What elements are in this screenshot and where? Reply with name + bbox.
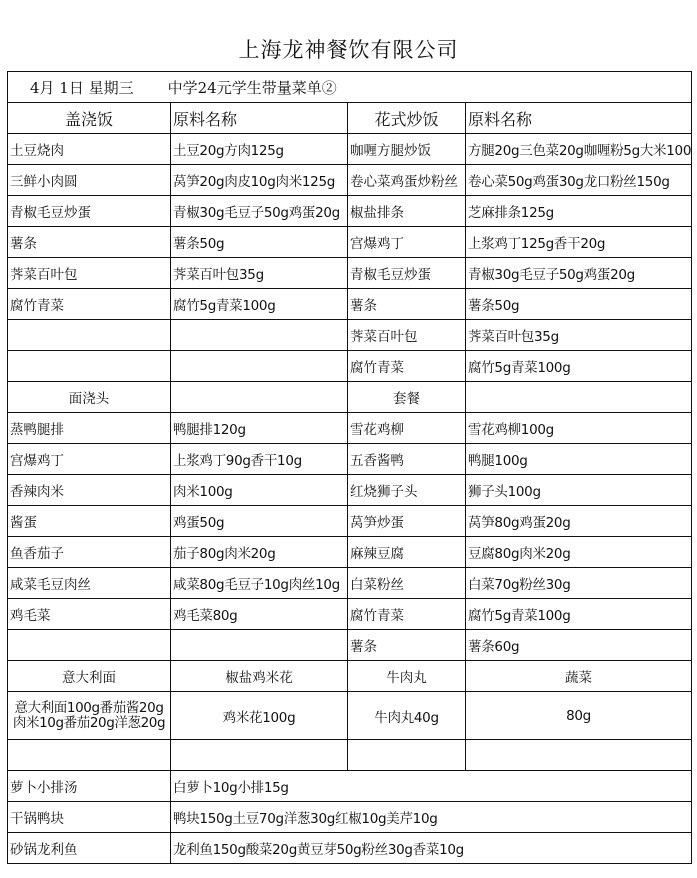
- header-meatball: 牛肉丸: [348, 661, 466, 692]
- ingredients-cell: 上浆鸡丁125g香干20g: [466, 227, 692, 258]
- ingredients-cell: [171, 630, 348, 661]
- header-pasta: 意大利面: [8, 661, 171, 692]
- table-row: 荠菜百叶包荠菜百叶包35g: [8, 320, 692, 351]
- dish-cell: 三鲜小肉圆: [8, 165, 171, 196]
- dish-cell: 薯条: [8, 227, 171, 258]
- table-row: 鱼香茄子茄子80g肉米20g麻辣豆腐豆腐80g肉米20g: [8, 537, 692, 568]
- dish-cell: 莴笋炒蛋: [348, 506, 466, 537]
- dish-cell: 麻辣豆腐: [348, 537, 466, 568]
- header-vegetable: 蔬菜: [466, 661, 692, 692]
- ingredients-cell: 茄子80g肉米20g: [171, 537, 348, 568]
- table-row: 青椒毛豆炒蛋青椒30g毛豆子50g鸡蛋20g椒盐排条芝麻排条125g: [8, 196, 692, 227]
- ingredients-cell: 卷心菜50g鸡蛋30g龙口粉丝150g: [466, 165, 692, 196]
- ingredients-cell: 青椒30g毛豆子50g鸡蛋20g: [466, 258, 692, 289]
- dish-cell: 青椒毛豆炒蛋: [348, 258, 466, 289]
- dish-cell: 腐竹青菜: [8, 289, 171, 320]
- ingredients-cell: 鸭腿100g: [466, 444, 692, 475]
- ingredients-cell: 腐竹5g青菜100g: [171, 289, 348, 320]
- empty-cell: [348, 740, 466, 771]
- ingredients-cell: 薯条60g: [466, 630, 692, 661]
- ingredients-cell: 土豆20g方肉125g: [171, 134, 348, 165]
- dish-cell: 鱼香茄子: [8, 537, 171, 568]
- empty-cell: [171, 382, 348, 413]
- menu-name: 中学24元学生带量菜单②: [168, 79, 337, 97]
- dish-cell: 砂锅龙利鱼: [8, 833, 171, 864]
- ingredients-cell: 薯条50g: [171, 227, 348, 258]
- dish-cell: 薯条: [348, 630, 466, 661]
- empty-cell: [466, 740, 692, 771]
- table-row: 三鲜小肉圆莴笋20g肉皮10g肉米125g卷心菜鸡蛋炒粉丝卷心菜50g鸡蛋30g…: [8, 165, 692, 196]
- dish-cell: 五香酱鸭: [348, 444, 466, 475]
- ingredients-cell: 青椒30g毛豆子50g鸡蛋20g: [171, 196, 348, 227]
- ingredients-cell: 上浆鸡丁90g香干10g: [171, 444, 348, 475]
- dish-cell: 干锅鸭块: [8, 802, 171, 833]
- dish-cell: 酱蛋: [8, 506, 171, 537]
- date-row: 4月 1日 星期三中学24元学生带量菜单②: [8, 72, 692, 103]
- ingredients-cell: 狮子头100g: [466, 475, 692, 506]
- table-row: 萝卜小排汤白萝卜10g小排15g: [8, 771, 692, 802]
- ingredients-cell: 鸭腿排120g: [171, 413, 348, 444]
- table-row: 荠菜百叶包荠菜百叶包35g青椒毛豆炒蛋青椒30g毛豆子50g鸡蛋20g: [8, 258, 692, 289]
- date-text: 4月 1日 星期三: [30, 79, 134, 97]
- dish-cell: 腐竹青菜: [348, 351, 466, 382]
- ingredients-cell: 鸡蛋50g: [171, 506, 348, 537]
- header-chaofan: 花式炒饭: [348, 103, 466, 134]
- dish-cell: 土豆烧肉: [8, 134, 171, 165]
- header-ingredients-1: 原料名称: [171, 103, 348, 134]
- ingredients-cell: [171, 320, 348, 351]
- empty-cell: [466, 382, 692, 413]
- date-menu-cell: 4月 1日 星期三中学24元学生带量菜单②: [8, 72, 692, 103]
- section3-values-row: 意大利面100g番茄酱20g肉米10g番茄20g洋葱20g 鸡米花100g 牛肉…: [8, 692, 692, 740]
- table-row: 薯条薯条50g宫爆鸡丁上浆鸡丁125g香干20g: [8, 227, 692, 258]
- dish-cell: 白菜粉丝: [348, 568, 466, 599]
- header-mianjiaotou: 面浇头: [8, 382, 171, 413]
- ingredients-cell: 方腿20g三色菜20g咖喱粉5g大米100g: [466, 134, 692, 165]
- table-row: 腐竹青菜腐竹5g青菜100g薯条薯条50g: [8, 289, 692, 320]
- ingredients-cell: 鸭块150g土豆70g洋葱30g红椒10g美芹10g: [171, 802, 692, 833]
- meatball-ingredients: 牛肉丸40g: [348, 692, 466, 740]
- table-row: 宫爆鸡丁上浆鸡丁90g香干10g五香酱鸭鸭腿100g: [8, 444, 692, 475]
- dish-cell: 咸菜毛豆肉丝: [8, 568, 171, 599]
- table-row: 砂锅龙利鱼龙利鱼150g酸菜20g黄豆芽50g粉丝30g香菜10g: [8, 833, 692, 864]
- dish-cell: 雪花鸡柳: [348, 413, 466, 444]
- pasta-ingredients: 意大利面100g番茄酱20g肉米10g番茄20g洋葱20g: [8, 692, 171, 740]
- ingredients-cell: 莴笋20g肉皮10g肉米125g: [171, 165, 348, 196]
- dish-cell: 椒盐排条: [348, 196, 466, 227]
- dish-cell: 萝卜小排汤: [8, 771, 171, 802]
- popcorn-chicken-ingredients: 鸡米花100g: [171, 692, 348, 740]
- header-ingredients-2: 原料名称: [466, 103, 692, 134]
- empty-row: [8, 740, 692, 771]
- empty-cell: [8, 740, 171, 771]
- table-row: 蒸鸭腿排鸭腿排120g雪花鸡柳雪花鸡柳100g: [8, 413, 692, 444]
- table-row: 咸菜毛豆肉丝咸菜80g毛豆子10g肉丝10g白菜粉丝白菜70g粉丝30g: [8, 568, 692, 599]
- ingredients-cell: 芝麻排条125g: [466, 196, 692, 227]
- ingredients-cell: 腐竹5g青菜100g: [466, 351, 692, 382]
- dish-cell: 青椒毛豆炒蛋: [8, 196, 171, 227]
- dish-cell: 红烧狮子头: [348, 475, 466, 506]
- dish-cell: [8, 320, 171, 351]
- vegetable-ingredients: 80g: [466, 692, 692, 740]
- ingredients-cell: 荠菜百叶包35g: [466, 320, 692, 351]
- empty-cell: [171, 740, 348, 771]
- ingredients-cell: 荠菜百叶包35g: [171, 258, 348, 289]
- ingredients-cell: 白萝卜10g小排15g: [171, 771, 692, 802]
- dish-cell: 香辣肉米: [8, 475, 171, 506]
- dish-cell: 荠菜百叶包: [348, 320, 466, 351]
- ingredients-cell: 薯条50g: [466, 289, 692, 320]
- table-row: 香辣肉米肉米100g红烧狮子头狮子头100g: [8, 475, 692, 506]
- table-row: 鸡毛菜鸡毛菜80g腐竹青菜腐竹5g青菜100g: [8, 599, 692, 630]
- dish-cell: 荠菜百叶包: [8, 258, 171, 289]
- column-header-row: 盖浇饭 原料名称 花式炒饭 原料名称: [8, 103, 692, 134]
- ingredients-cell: 白菜70g粉丝30g: [466, 568, 692, 599]
- ingredients-cell: 豆腐80g肉米20g: [466, 537, 692, 568]
- ingredients-cell: 咸菜80g毛豆子10g肉丝10g: [171, 568, 348, 599]
- menu-table: 4月 1日 星期三中学24元学生带量菜单② 盖浇饭 原料名称 花式炒饭 原料名称…: [7, 71, 692, 864]
- dish-cell: 鸡毛菜: [8, 599, 171, 630]
- ingredients-cell: 雪花鸡柳100g: [466, 413, 692, 444]
- dish-cell: 蒸鸭腿排: [8, 413, 171, 444]
- dish-cell: 腐竹青菜: [348, 599, 466, 630]
- ingredients-cell: 鸡毛菜80g: [171, 599, 348, 630]
- ingredients-cell: 龙利鱼150g酸菜20g黄豆芽50g粉丝30g香菜10g: [171, 833, 692, 864]
- ingredients-cell: 莴笋80g鸡蛋20g: [466, 506, 692, 537]
- company-title: 上海龙神餐饮有限公司: [0, 34, 697, 64]
- dish-cell: 薯条: [348, 289, 466, 320]
- dish-cell: 咖喱方腿炒饭: [348, 134, 466, 165]
- header-taocan: 套餐: [348, 382, 466, 413]
- dish-cell: [8, 351, 171, 382]
- pasta-line-1: 意大利面100g番茄酱20g: [8, 701, 170, 716]
- pasta-line-2: 肉米10g番茄20g洋葱20g: [8, 716, 170, 731]
- header-gaijiaofan: 盖浇饭: [8, 103, 171, 134]
- section-header-row: 面浇头 套餐: [8, 382, 692, 413]
- dish-cell: 卷心菜鸡蛋炒粉丝: [348, 165, 466, 196]
- dish-cell: [8, 630, 171, 661]
- table-row: 薯条薯条60g: [8, 630, 692, 661]
- ingredients-cell: 肉米100g: [171, 475, 348, 506]
- dish-cell: 宫爆鸡丁: [8, 444, 171, 475]
- section3-header-row: 意大利面 椒盐鸡米花 牛肉丸 蔬菜: [8, 661, 692, 692]
- table-row: 土豆烧肉土豆20g方肉125g咖喱方腿炒饭方腿20g三色菜20g咖喱粉5g大米1…: [8, 134, 692, 165]
- dish-cell: 宫爆鸡丁: [348, 227, 466, 258]
- ingredients-cell: [171, 351, 348, 382]
- table-row: 酱蛋鸡蛋50g莴笋炒蛋莴笋80g鸡蛋20g: [8, 506, 692, 537]
- table-row: 腐竹青菜腐竹5g青菜100g: [8, 351, 692, 382]
- ingredients-cell: 腐竹5g青菜100g: [466, 599, 692, 630]
- table-row: 干锅鸭块鸭块150g土豆70g洋葱30g红椒10g美芹10g: [8, 802, 692, 833]
- header-popcorn-chicken: 椒盐鸡米花: [171, 661, 348, 692]
